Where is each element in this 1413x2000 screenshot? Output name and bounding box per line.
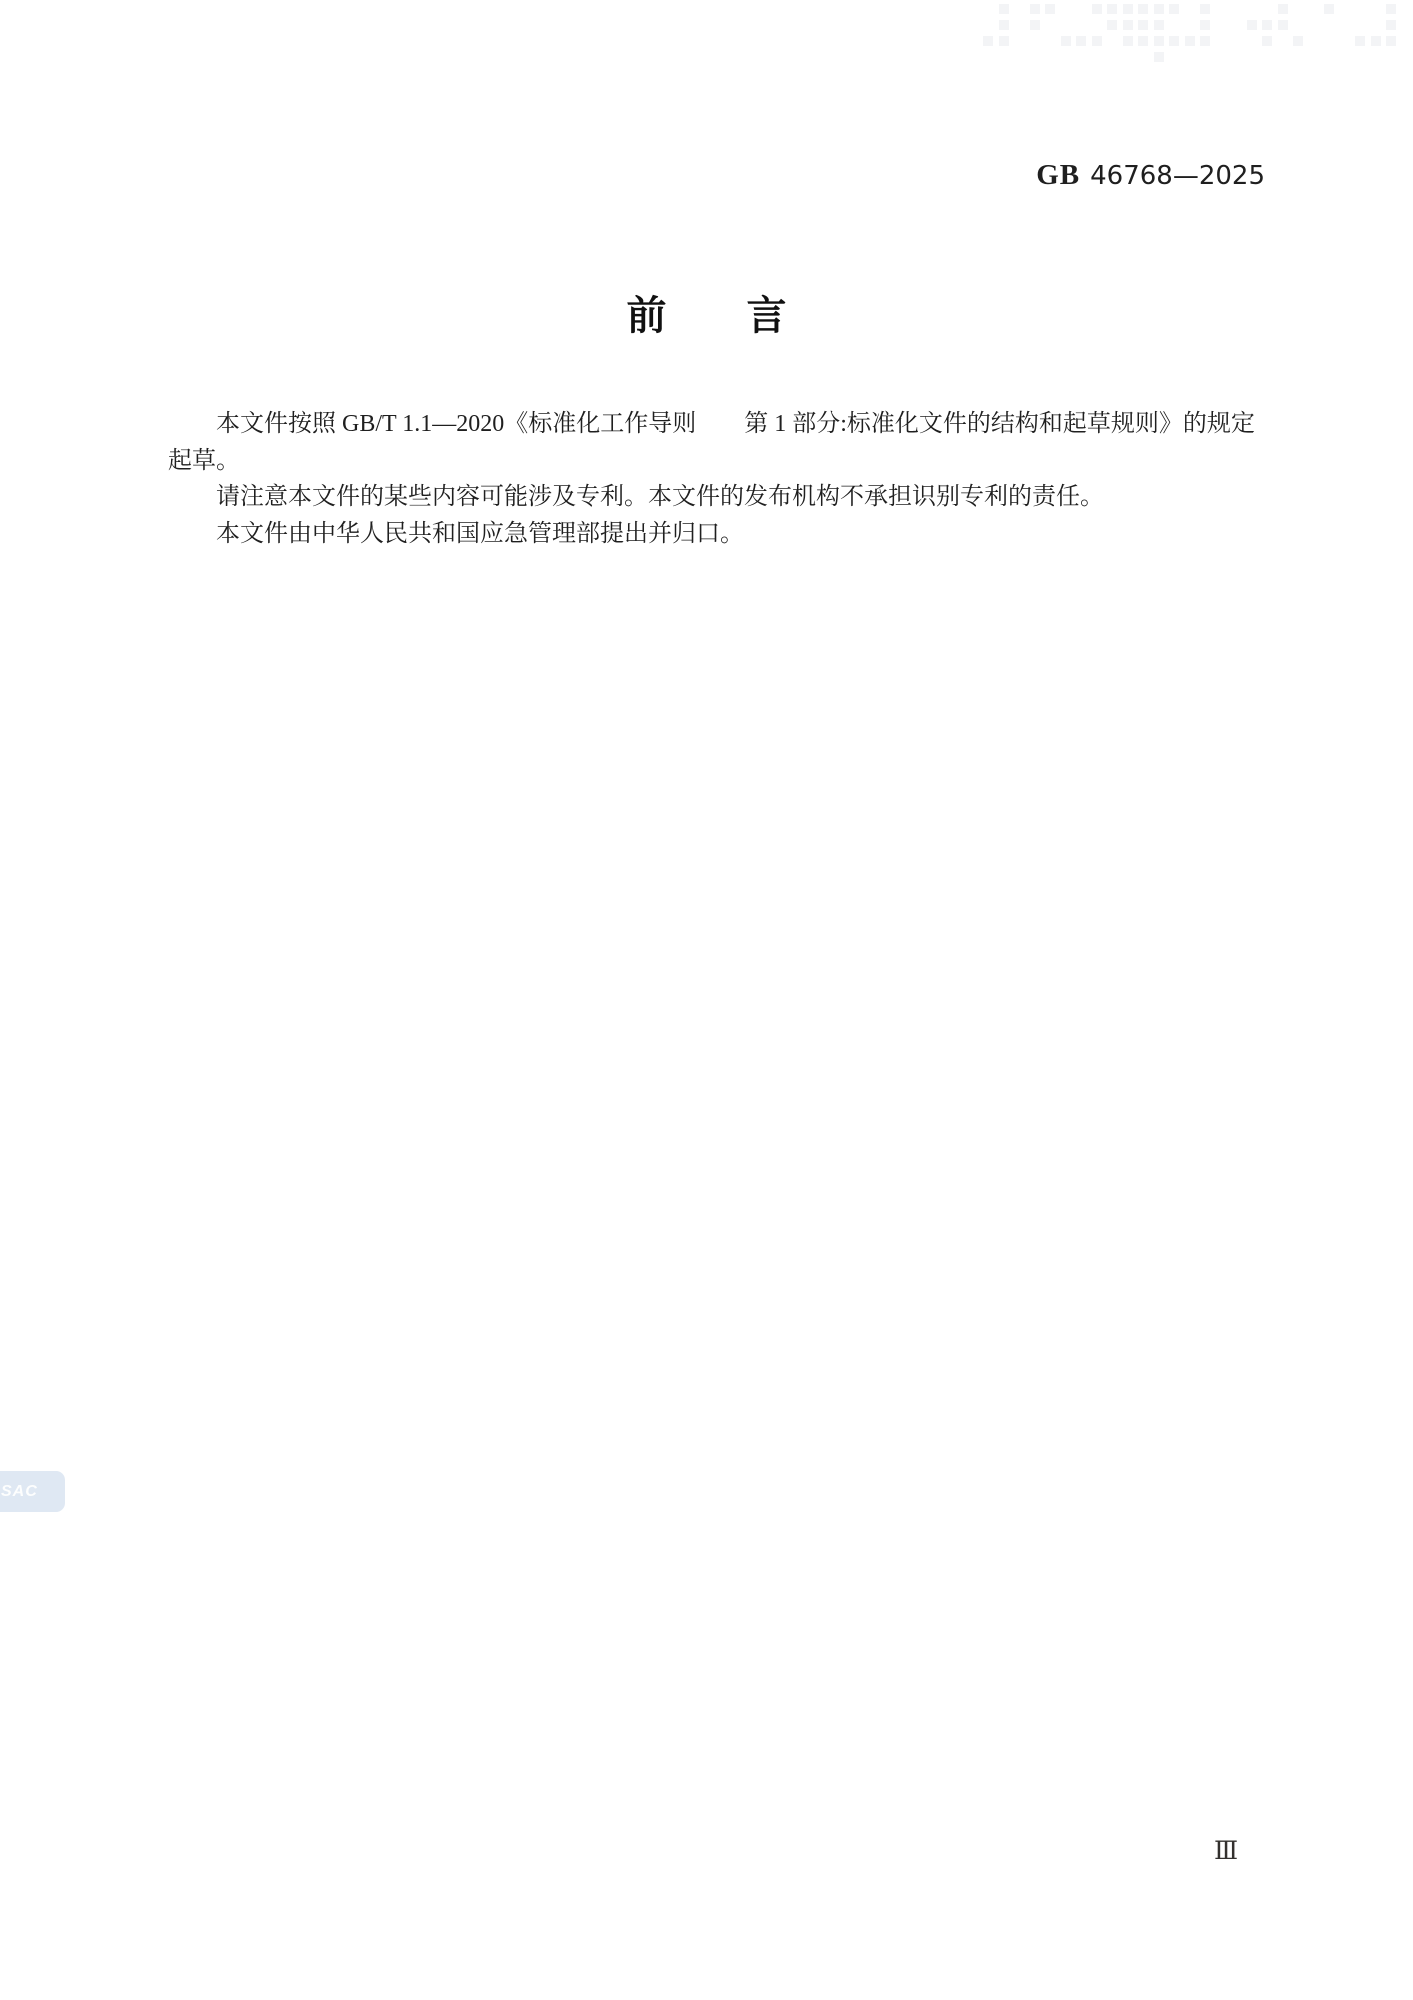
texture-cell [1200,20,1210,30]
texture-cell [1386,4,1396,14]
texture-cell [1123,4,1133,14]
texture-cell [1169,4,1179,14]
texture-cell [1030,4,1040,14]
texture-cell [1154,52,1164,62]
standard-number: 46768—2025 [1090,161,1265,191]
texture-cell [1045,4,1055,14]
page-number: Ⅲ [1214,1836,1238,1866]
texture-cell [1169,36,1179,46]
texture-cell [999,20,1009,30]
texture-cell [1262,20,1272,30]
standard-prefix: GB [1036,159,1080,191]
texture-cell [1293,36,1303,46]
paragraph-line: 请注意本文件的某些内容可能涉及专利。本文件的发布机构不承担识别专利的责任。 [168,479,1264,516]
paragraph-line: 起草。 [168,443,1264,480]
paragraph-line: 本文件由中华人民共和国应急管理部提出并归口。 [168,516,1264,553]
texture-cell [1262,36,1272,46]
texture-cell [1123,36,1133,46]
texture-cell [1107,20,1117,30]
texture-cell [1154,20,1164,30]
texture-cell [1138,20,1148,30]
texture-cell [1185,36,1195,46]
texture-cell [1138,4,1148,14]
texture-cell [1200,36,1210,46]
texture-cell [1386,20,1396,30]
document-page: GB46768—2025 前 言 本文件按照 GB/T 1.1—2020《标准化… [0,0,1413,2000]
sac-logo-watermark: SAC [0,1471,65,1512]
page-title: 前 言 [0,284,1413,341]
texture-cell [983,36,993,46]
texture-cell [1107,4,1117,14]
body-text: 本文件按照 GB/T 1.1—2020《标准化工作导则 第 1 部分:标准化文件… [168,406,1264,552]
standard-code: GB46768—2025 [1036,158,1265,197]
texture-cell [1355,36,1365,46]
texture-cell [1278,4,1288,14]
texture-cell [1092,36,1102,46]
texture-cell [1030,20,1040,30]
texture-cell [1324,4,1334,14]
texture-cell [1154,4,1164,14]
corner-texture [983,4,1413,76]
texture-cell [999,4,1009,14]
texture-cell [1154,36,1164,46]
texture-cell [1278,20,1288,30]
texture-cell [1138,36,1148,46]
texture-cell [1076,36,1086,46]
texture-cell [1247,20,1257,30]
paragraph-drafting-basis: 本文件按照 GB/T 1.1—2020《标准化工作导则 第 1 部分:标准化文件… [168,406,1264,479]
texture-cell [1386,36,1396,46]
texture-cell [999,36,1009,46]
texture-cell [1200,4,1210,14]
paragraph-issuing-body: 本文件由中华人民共和国应急管理部提出并归口。 [168,516,1264,553]
texture-cell [1371,36,1381,46]
texture-cell [1061,36,1071,46]
paragraph-line: 本文件按照 GB/T 1.1—2020《标准化工作导则 第 1 部分:标准化文件… [168,406,1264,443]
texture-cell [1092,4,1102,14]
texture-cell [1123,20,1133,30]
paragraph-patent-notice: 请注意本文件的某些内容可能涉及专利。本文件的发布机构不承担识别专利的责任。 [168,479,1264,516]
